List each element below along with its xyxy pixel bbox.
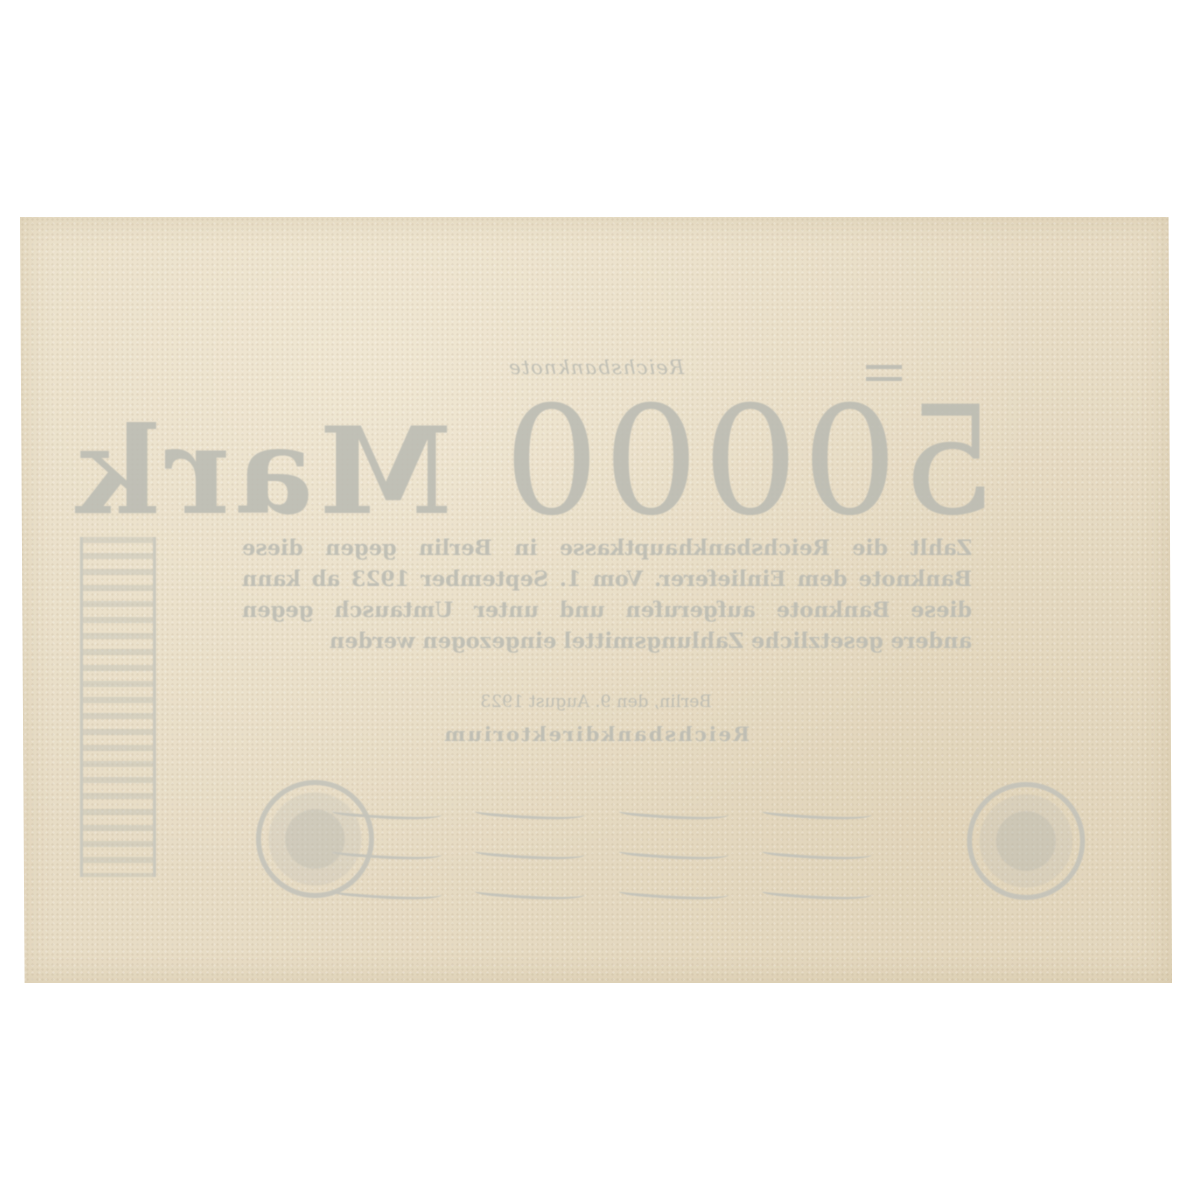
issue-date: Berlin, den 9. August 1923: [20, 692, 1172, 712]
signature-row: [332, 832, 872, 872]
signature: [475, 882, 586, 903]
signature: [475, 802, 586, 823]
signature-row: [332, 872, 872, 912]
issuing-authority: Reichsbankdirektorium: [20, 722, 1172, 746]
signature: [762, 802, 873, 823]
signature: [332, 842, 443, 863]
denomination-unit: Mark: [71, 401, 452, 542]
vertical-serial-strip: [80, 537, 156, 877]
promissory-text: Zahlt die Reichsbankhauptkasse in Berlin…: [242, 532, 972, 656]
signature: [475, 842, 586, 863]
signature: [618, 882, 729, 903]
eagle-seal-icon: [967, 782, 1085, 900]
signature: [762, 882, 873, 903]
denomination: 50000 Mark: [71, 387, 997, 537]
signature-row: [332, 792, 872, 832]
banknote-paper: Reichsbanknote 50000 Mark Zahlt die Reic…: [20, 217, 1172, 983]
signature: [618, 802, 729, 823]
signatures: [332, 792, 872, 912]
signature: [332, 882, 443, 903]
dash-mark: [866, 365, 902, 369]
denomination-value: 50000: [500, 375, 997, 549]
signature: [762, 842, 873, 863]
dash-mark: [866, 377, 902, 381]
signature: [332, 802, 443, 823]
show-through-print: Reichsbanknote 50000 Mark Zahlt die Reic…: [20, 217, 1172, 983]
signature: [618, 842, 729, 863]
